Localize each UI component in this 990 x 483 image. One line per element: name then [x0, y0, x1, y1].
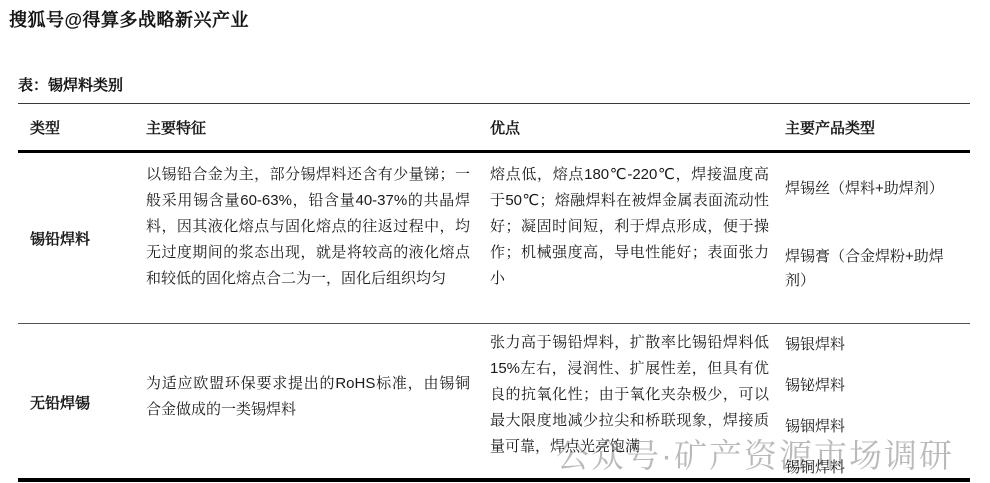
table-row: 锡铅焊料 以锡铅合金为主，部分锡焊料还含有少量锑；一般采用锡含量60-63%，铅…	[18, 153, 970, 323]
header-products: 主要产品类型	[781, 117, 970, 138]
product-item: 锡铋焊料	[785, 374, 964, 398]
row-advantages-text: 熔点低，熔点180℃-220℃，焊接温度高于50℃；熔融焊料在被焊金属表面流动性…	[486, 153, 781, 323]
row-products-list: 焊锡丝（焊料+助焊剂） 焊锡膏（合金焊粉+助焊剂）	[781, 153, 970, 323]
header-features: 主要特征	[128, 117, 486, 138]
row-features-text: 以锡铅合金为主，部分锡焊料还含有少量锑；一般采用锡含量60-63%，铅含量40-…	[128, 153, 486, 323]
solder-category-table: 类型 主要特征 优点 主要产品类型 锡铅焊料 以锡铅合金为主，部分锡焊料还含有少…	[18, 103, 970, 482]
row-advantages-text: 张力高于锡铅焊料，扩散率比锡铅焊料低15%左右，浸润性、扩展性差，但具有优良的抗…	[486, 324, 781, 480]
table-row: 无铅焊锡 为适应欧盟环保要求提出的RoHS标准，由锡铜合金做成的一类锡焊料 张力…	[18, 323, 970, 478]
table-title: 表：锡焊料类别	[18, 74, 123, 95]
product-item: 锡银焊料	[785, 333, 964, 357]
row-type-label: 锡铅焊料	[18, 153, 128, 323]
product-item: 焊锡丝（焊料+助焊剂）	[785, 177, 964, 201]
product-item: 焊锡膏（合金焊粉+助焊剂）	[785, 245, 964, 293]
header-type: 类型	[18, 117, 128, 138]
row-type-label: 无铅焊锡	[18, 324, 128, 480]
row-products-list: 锡银焊料 锡铋焊料 锡铟焊料 锡铜焊料	[781, 324, 970, 480]
product-item: 锡铟焊料	[785, 415, 964, 439]
table-header-row: 类型 主要特征 优点 主要产品类型	[18, 104, 970, 153]
header-advantages: 优点	[486, 117, 781, 138]
product-item: 锡铜焊料	[785, 456, 964, 480]
row-features-text: 为适应欧盟环保要求提出的RoHS标准，由锡铜合金做成的一类锡焊料	[128, 324, 486, 480]
sohu-account-watermark: 搜狐号@得算多战略新兴产业	[9, 6, 249, 32]
